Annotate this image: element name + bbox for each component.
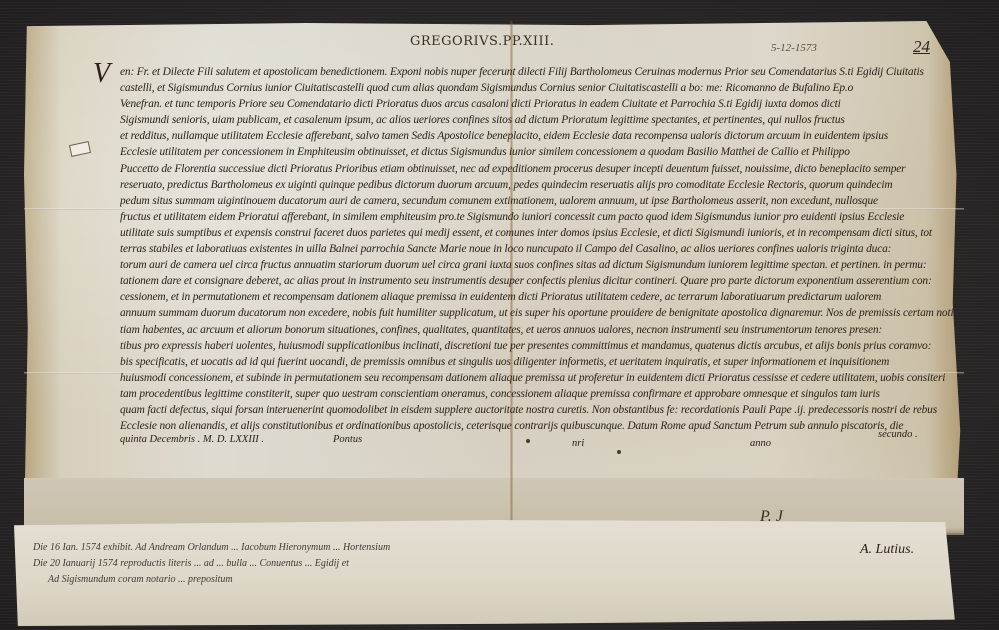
text-line: en: Fr. et Dilecte Fili salutem et apost… <box>120 64 965 80</box>
folio-number: 24 <box>913 37 930 57</box>
text-line: Ecclesie utilitatem per concessionem in … <box>120 144 965 160</box>
text-line: pedum situs summam uigintinouem ducatoru… <box>120 193 965 209</box>
secundo-word: secundo . <box>878 429 918 440</box>
text-line: huiusmodi concessionem, et subinde in pe… <box>120 370 965 386</box>
initial-letter: V <box>93 58 110 90</box>
text-line: terras stabiles et laboratiuas existente… <box>120 241 965 257</box>
text-line: et redditus, nullamque utilitatem Eccles… <box>120 128 965 144</box>
ink-spot <box>617 450 621 454</box>
text-line: tibus pro expressis haberi uolentes, hui… <box>120 338 965 354</box>
text-line: reseruato, predictus Bartholomeus ex uig… <box>120 177 965 193</box>
text-line: cessionem, et in permutationem et recomp… <box>120 289 965 305</box>
text-line: quam facti defectus, siqui forsan interu… <box>120 402 965 418</box>
text-line: Puccetto de Florentia successiue dicti P… <box>120 161 965 177</box>
text-line: bis specificatis, et uocatis ad id qui f… <box>120 354 965 370</box>
text-line: Ecclesie non alienandis, et alijs consti… <box>120 418 965 434</box>
nostri-word: nri <box>572 438 584 449</box>
pontificate-word: Pontus <box>333 434 362 445</box>
text-line: Venefran. et tunc temporis Priore seu Co… <box>120 96 965 112</box>
date-annotation: 5-12-1573 <box>771 42 817 54</box>
text-line: tiam habentes, ac arcuum et aliorum bono… <box>120 322 965 338</box>
archival-note: Die 20 Ianuarij 1574 reproductis literis… <box>33 558 349 569</box>
papal-heading: GREGORIVS.PP.XIII. <box>410 34 554 49</box>
folded-stub-strip <box>14 520 974 626</box>
archival-note: Ad Sigismundum coram notario ... preposi… <box>48 574 233 585</box>
text-line: tationem dare et consignare deberet, ac … <box>120 273 965 289</box>
brief-body-text: en: Fr. et Dilecte Fili salutem et apost… <box>120 64 965 434</box>
text-line: torum auri de camera uel circa fructus a… <box>120 257 965 273</box>
text-line: castelli, et Sigismundus Cornius iunior … <box>120 80 965 96</box>
archival-note: Die 16 Ian. 1574 exhibit. Ad Andream Orl… <box>33 542 390 553</box>
text-line: utilitate suis sumptibus et expensis con… <box>120 225 965 241</box>
ink-spot <box>526 439 530 443</box>
dating-clause: quinta Decembris . M. D. LXXIII . <box>120 434 264 445</box>
text-line: Sigismundi senioris, uiam publicam, et c… <box>120 112 965 128</box>
text-line: tam procedentibus legittime constiterit,… <box>120 386 965 402</box>
anno-word: anno <box>750 438 771 449</box>
text-line: annuum summam duorum ducatorum non exced… <box>120 305 965 321</box>
text-line: fructus et utilitatem eidem Prioratui af… <box>120 209 965 225</box>
secretary-signature: A. Lutius. <box>860 542 914 558</box>
